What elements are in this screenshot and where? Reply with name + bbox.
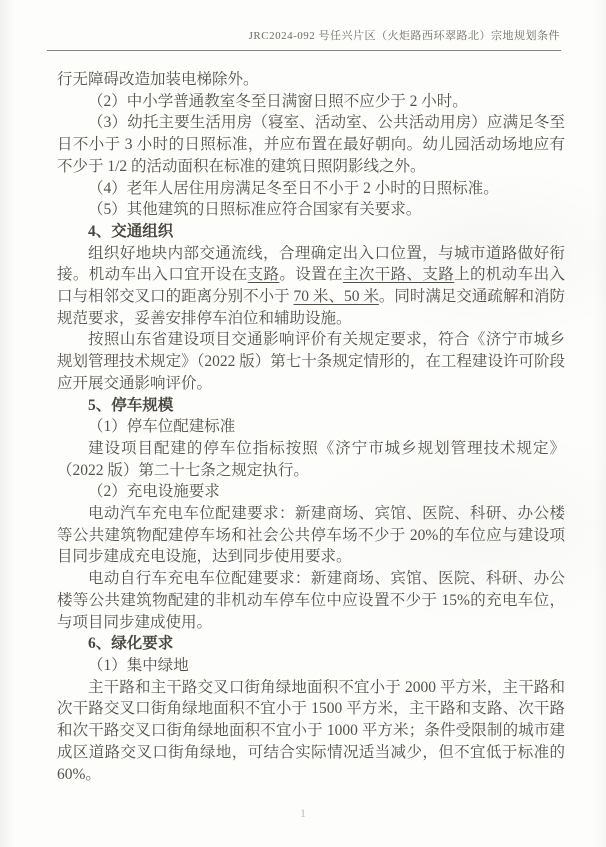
underlined-text: 主次干路、支路	[343, 266, 454, 283]
section-heading: 4、交通组织	[57, 221, 565, 243]
paragraph: 行无障碍改造加装电梯除外。	[57, 69, 565, 91]
paragraph: （1）集中绿地	[57, 655, 565, 677]
paragraph: （4）老年人居住用房满足冬至日不小于 2 小时的日照标准。	[57, 178, 565, 200]
paragraph: （2）充电设施要求	[57, 481, 565, 503]
paragraph: （2）中小学普通教室冬至日满窗日照不应少于 2 小时。	[57, 91, 565, 113]
text-run: （2）中小学普通教室冬至日满窗日照不应少于 2 小时。	[88, 93, 468, 110]
paragraph: 按照山东省建设项目交通影响评价有关规定要求，符合《济宁市城乡规划管理技术规定》（…	[57, 329, 565, 394]
section-heading: 5、停车规模	[57, 395, 565, 417]
paragraph: 电动汽车充电车位配建要求：新建商场、宾馆、医院、科研、办公楼等公共建筑物配建停车…	[57, 503, 565, 568]
text-run: 电动自行车充电车位配建要求：新建商场、宾馆、医院、科研、办公楼等公共建筑物配建的…	[57, 570, 565, 630]
text-run: （3）幼托主要生活用房（寝室、活动室、公共活动用房）应满足冬至日不小于 3 小时…	[57, 114, 565, 174]
page-number: 1	[0, 806, 606, 821]
header-divider	[47, 50, 561, 51]
paragraph: 建设项目配建的停车位指标按照《济宁市城乡规划管理技术规定》（2022 版）第二十…	[57, 438, 565, 481]
paragraph: （3）幼托主要生活用房（寝室、活动室、公共活动用房）应满足冬至日不小于 3 小时…	[57, 112, 565, 177]
section-heading: 6、绿化要求	[57, 633, 565, 655]
document-body: 行无障碍改造加装电梯除外。（2）中小学普通教室冬至日满窗日照不应少于 2 小时。…	[57, 69, 565, 785]
text-run: （1）停车位配建标准	[88, 418, 235, 435]
text-run: （2）充电设施要求	[88, 483, 220, 500]
text-run: 。设置在	[279, 266, 343, 283]
document-header-title: JRC2024-092 号任兴片区（火炬路西环翠路北）宗地规划条件	[249, 27, 560, 43]
text-run: （4）老年人居住用房满足冬至日不小于 2 小时的日照标准。	[88, 180, 499, 197]
text-run: 电动汽车充电车位配建要求：新建商场、宾馆、医院、科研、办公楼等公共建筑物配建停车…	[57, 505, 565, 565]
text-run: 5、停车规模	[88, 397, 173, 414]
text-run: （1）集中绿地	[88, 657, 189, 674]
text-run: （5）其他建筑的日照标准应符合国家有关要求。	[88, 201, 421, 218]
text-run: 主干路和主干路交叉口街角绿地面积不宜小于 2000 平方米，主干路和次干路交叉口…	[57, 679, 565, 783]
paragraph: 组织好地块内部交通流线，合理确定出入口位置，与城市道路做好衔接。机动车出入口宜开…	[57, 243, 565, 330]
text-run: 行无障碍改造加装电梯除外。	[57, 71, 259, 88]
underlined-text: 70 米、50 米	[294, 288, 379, 305]
underlined-text: 支路	[248, 266, 280, 283]
paragraph: 电动自行车充电车位配建要求：新建商场、宾馆、医院、科研、办公楼等公共建筑物配建的…	[57, 568, 565, 633]
text-run: 4、交通组织	[88, 223, 173, 240]
paragraph: （1）停车位配建标准	[57, 416, 565, 438]
text-run: 6、绿化要求	[88, 635, 173, 652]
document-page: JRC2024-092 号任兴片区（火炬路西环翠路北）宗地规划条件 行无障碍改造…	[0, 0, 606, 847]
text-run: 按照山东省建设项目交通影响评价有关规定要求，符合《济宁市城乡规划管理技术规定》（…	[57, 331, 565, 391]
paragraph: 主干路和主干路交叉口街角绿地面积不宜小于 2000 平方米，主干路和次干路交叉口…	[57, 677, 565, 786]
paragraph: （5）其他建筑的日照标准应符合国家有关要求。	[57, 199, 565, 221]
text-run: 建设项目配建的停车位指标按照《济宁市城乡规划管理技术规定》（2022 版）第二十…	[57, 440, 565, 479]
